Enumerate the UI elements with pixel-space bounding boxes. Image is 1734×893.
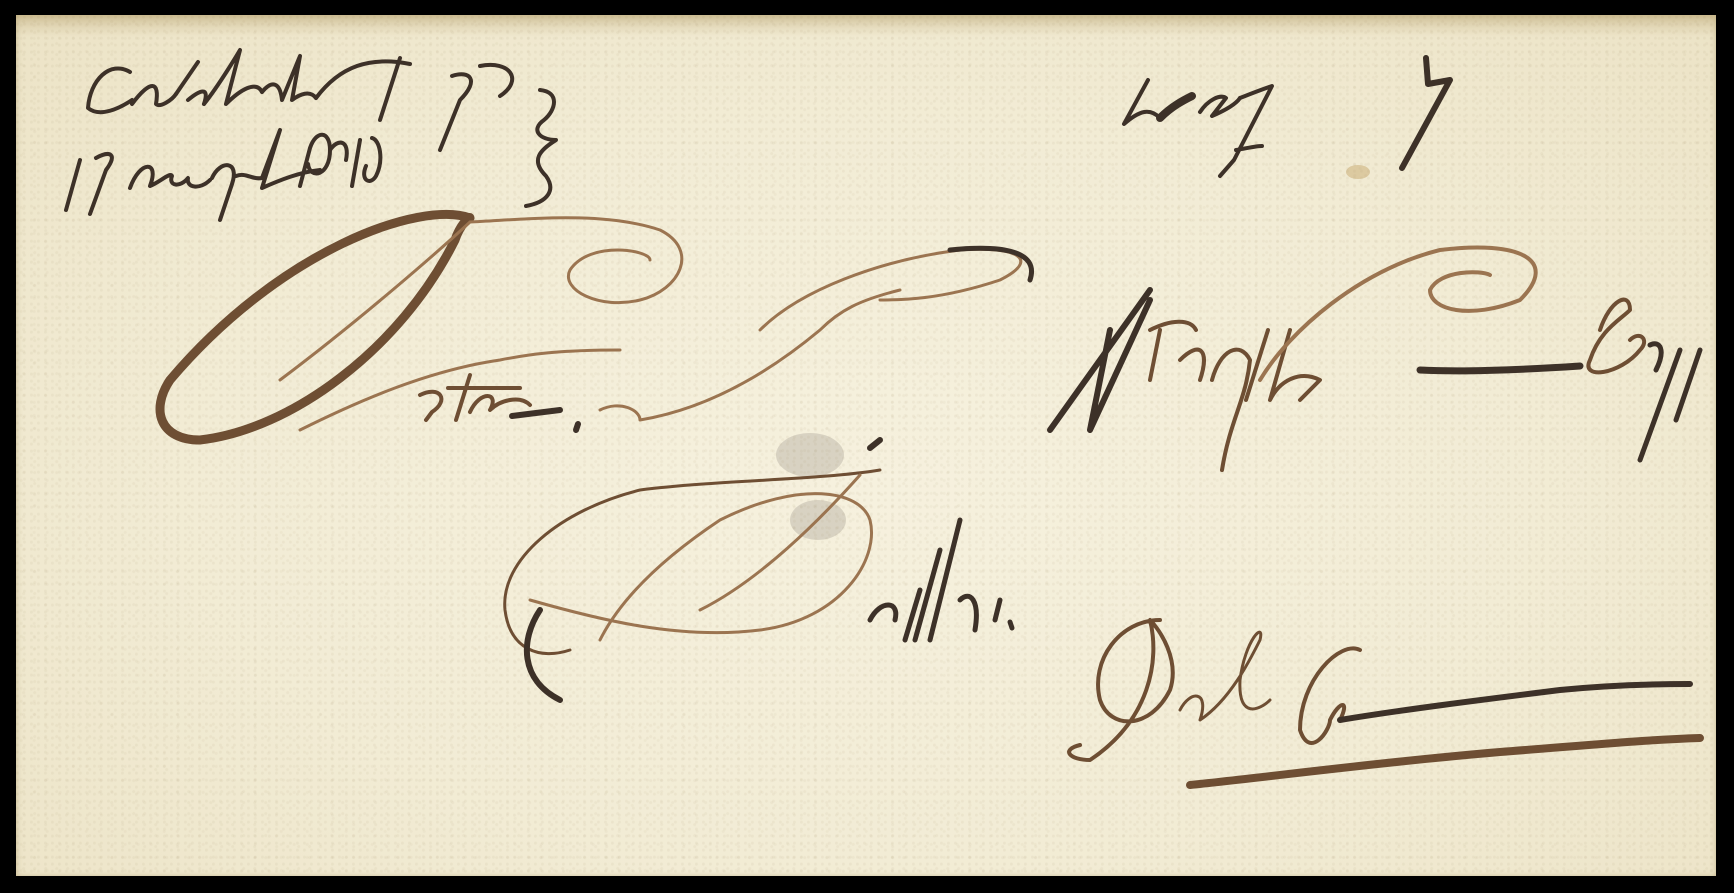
address-city: Delhi — [790, 540, 1020, 640]
address-county: Del Co — [1110, 640, 1402, 740]
addressee-name: Peter T. Wright Esq — [440, 330, 1286, 430]
ink-stain — [1346, 165, 1370, 179]
postmark-smudge — [776, 433, 846, 540]
postage-rate: 7 — [1360, 60, 1411, 153]
docket-origin: Calcutta N.G. — [80, 48, 393, 102]
way-marking: Way — [1120, 80, 1238, 145]
handwriting-strokes — [0, 0, 1734, 893]
docket-date: 17 August 1840 — [68, 140, 437, 194]
scan-background: Calcutta N.G. 17 August 1840 Way 7 Peter… — [0, 0, 1734, 893]
